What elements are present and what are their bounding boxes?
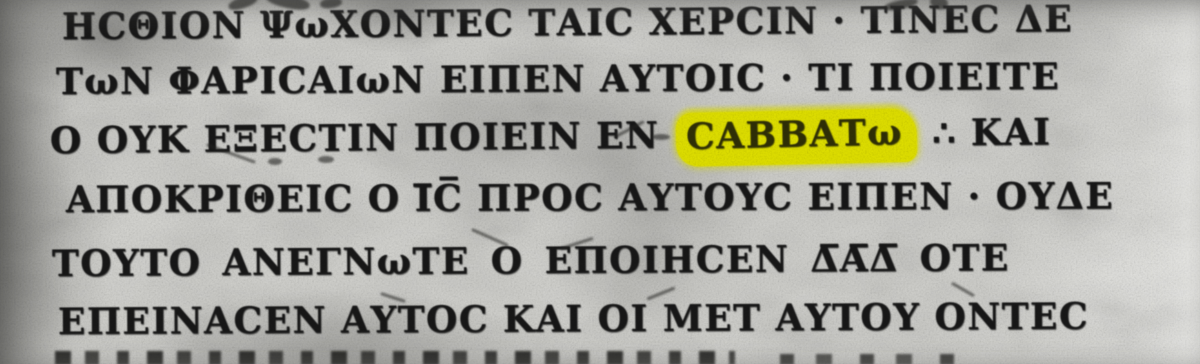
stray-stroke: [268, 158, 282, 165]
text-line-4: ΑΠΟΚΡΙΘΕΙC Ο Ι̅C̅ ΠΡΟC ΑΥΤΟΥC ΕΙΠΕΝ · ΟΥ…: [66, 175, 1114, 221]
stray-stroke: [652, 134, 670, 140]
manuscript-scan: ΗCΘΙΟΝ ΨωΧΟΝΤΕC ΤΑΙC ΧΕΡCΙΝ · ΤΙΝΕC ΔΕ Τ…: [0, 0, 1200, 364]
text-after-highlight: ∴ ΚΑΙ: [932, 111, 1051, 154]
stray-stroke: [951, 282, 975, 298]
partial-line-bottom: [55, 351, 735, 364]
text-line-5: ΤΟΥΤΟ ΑΝΕΓΝωΤΕ Ο ΕΠΟΙΗCΕΝ Δ̅Α̅Δ̅ ΟΤΕ: [52, 237, 1010, 285]
partial-line-bottom: [780, 354, 970, 364]
text-line-3: Ο ΟΥΚ ΕΞΕCΤΙΝ ΠΟΙΕΙΝ ΕΝ CΑΒΒΑΤω ∴ ΚΑΙ: [50, 108, 1052, 171]
stray-stroke: [318, 156, 334, 163]
text-line-1: ΗCΘΙΟΝ ΨωΧΟΝΤΕC ΤΑΙC ΧΕΡCΙΝ · ΤΙΝΕC ΔΕ: [62, 0, 1073, 48]
text-line-6: ΕΠΕΙΝΑCΕΝ ΑΥΤΟC ΚΑΙ ΟΙ ΜΕΤ ΑΥΤΟΥ ΟΝΤΕC: [58, 296, 1089, 343]
text-line-2: ΤωΝ ΦΑΡΙCΑΙωΝ ΕΙΠΕΝ ΑΥΤΟΙC · ΤΙ ΠΟΙΕΙΤΕ: [56, 56, 1060, 103]
text-before-highlight: Ο ΟΥΚ ΕΞΕCΤΙΝ ΠΟΙΕΙΝ ΕΝ: [50, 115, 660, 162]
highlighted-word-sabbath: CΑΒΒΑΤω: [675, 108, 917, 167]
